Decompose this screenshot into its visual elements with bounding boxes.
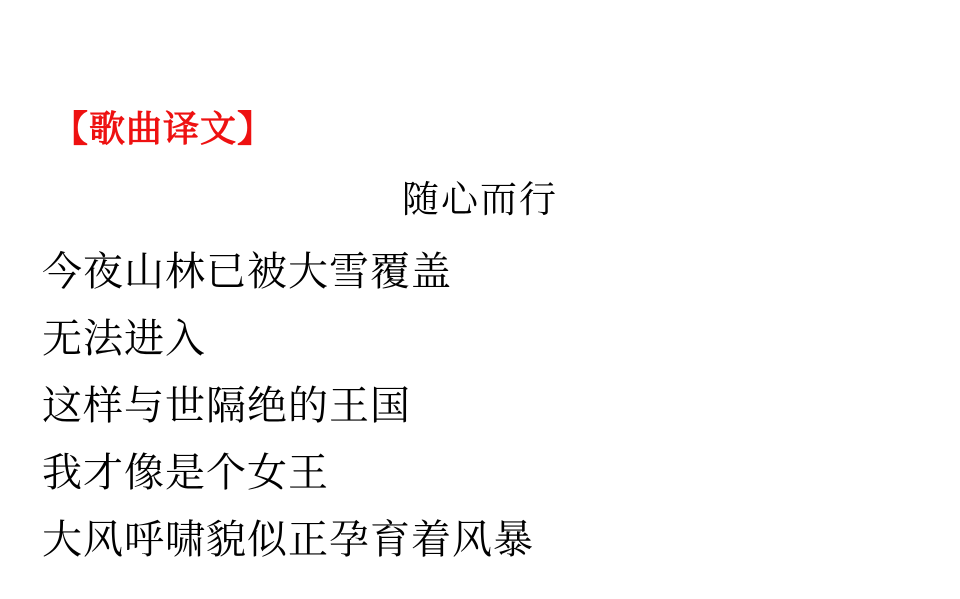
- lyrics-translation-slide: 【歌曲译文】 随心而行 今夜山林已被大雪覆盖 无法进入 这样与世隔绝的王国 我才…: [0, 0, 960, 599]
- lyric-line-4: 我才像是个女王: [42, 451, 329, 495]
- lyric-line-5: 大风呼啸貌似正孕育着风暴: [42, 518, 534, 562]
- lyric-line-3: 这样与世隔绝的王国: [42, 384, 411, 428]
- song-title: 随心而行: [0, 181, 960, 222]
- lyric-line-1: 今夜山林已被大雪覆盖: [42, 250, 452, 294]
- section-heading: 【歌曲译文】: [52, 108, 274, 151]
- lyric-line-2: 无法进入: [42, 317, 206, 361]
